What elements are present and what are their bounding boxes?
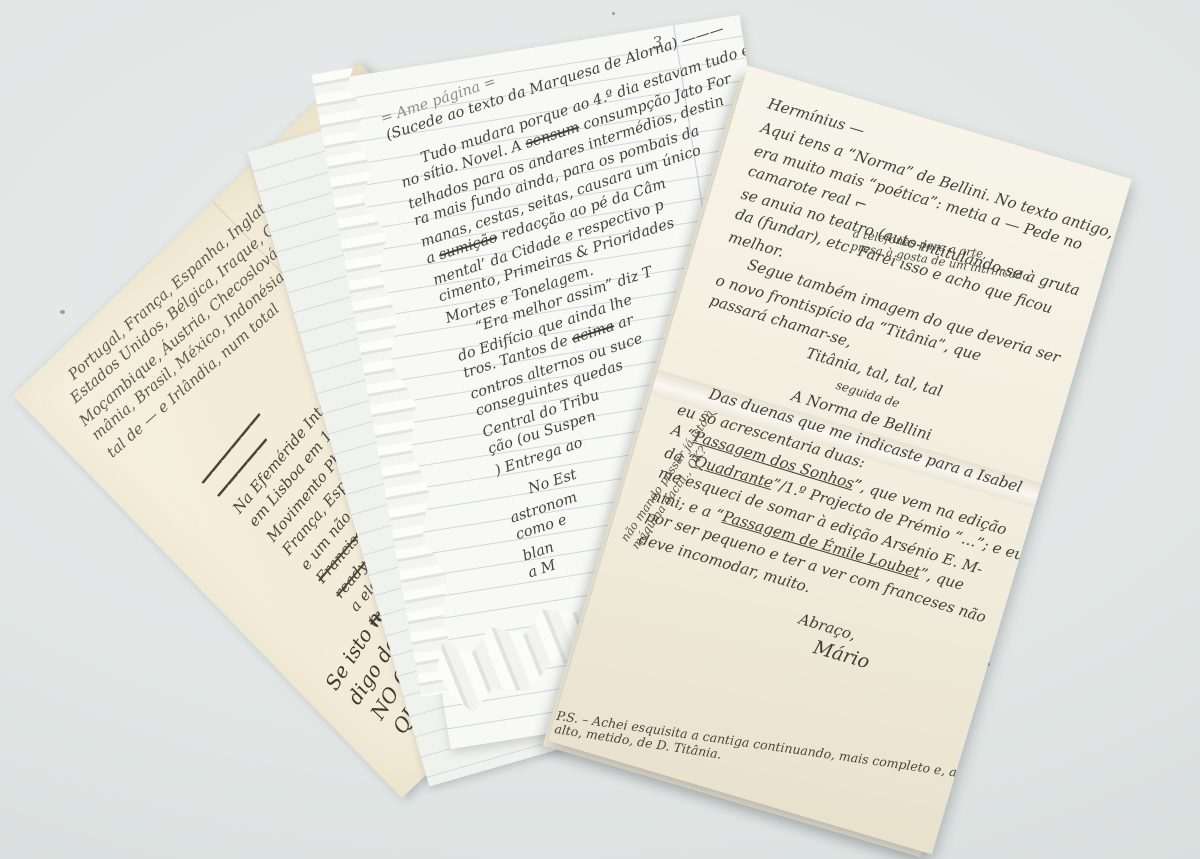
stain-speck bbox=[612, 12, 615, 15]
postscript-note: P.S. – Achei esquisita a cantiga continu… bbox=[553, 706, 986, 802]
photo-scene: Portugal, França, Espanha, Inglaterra, P… bbox=[0, 0, 1200, 859]
stain-speck bbox=[60, 310, 65, 314]
